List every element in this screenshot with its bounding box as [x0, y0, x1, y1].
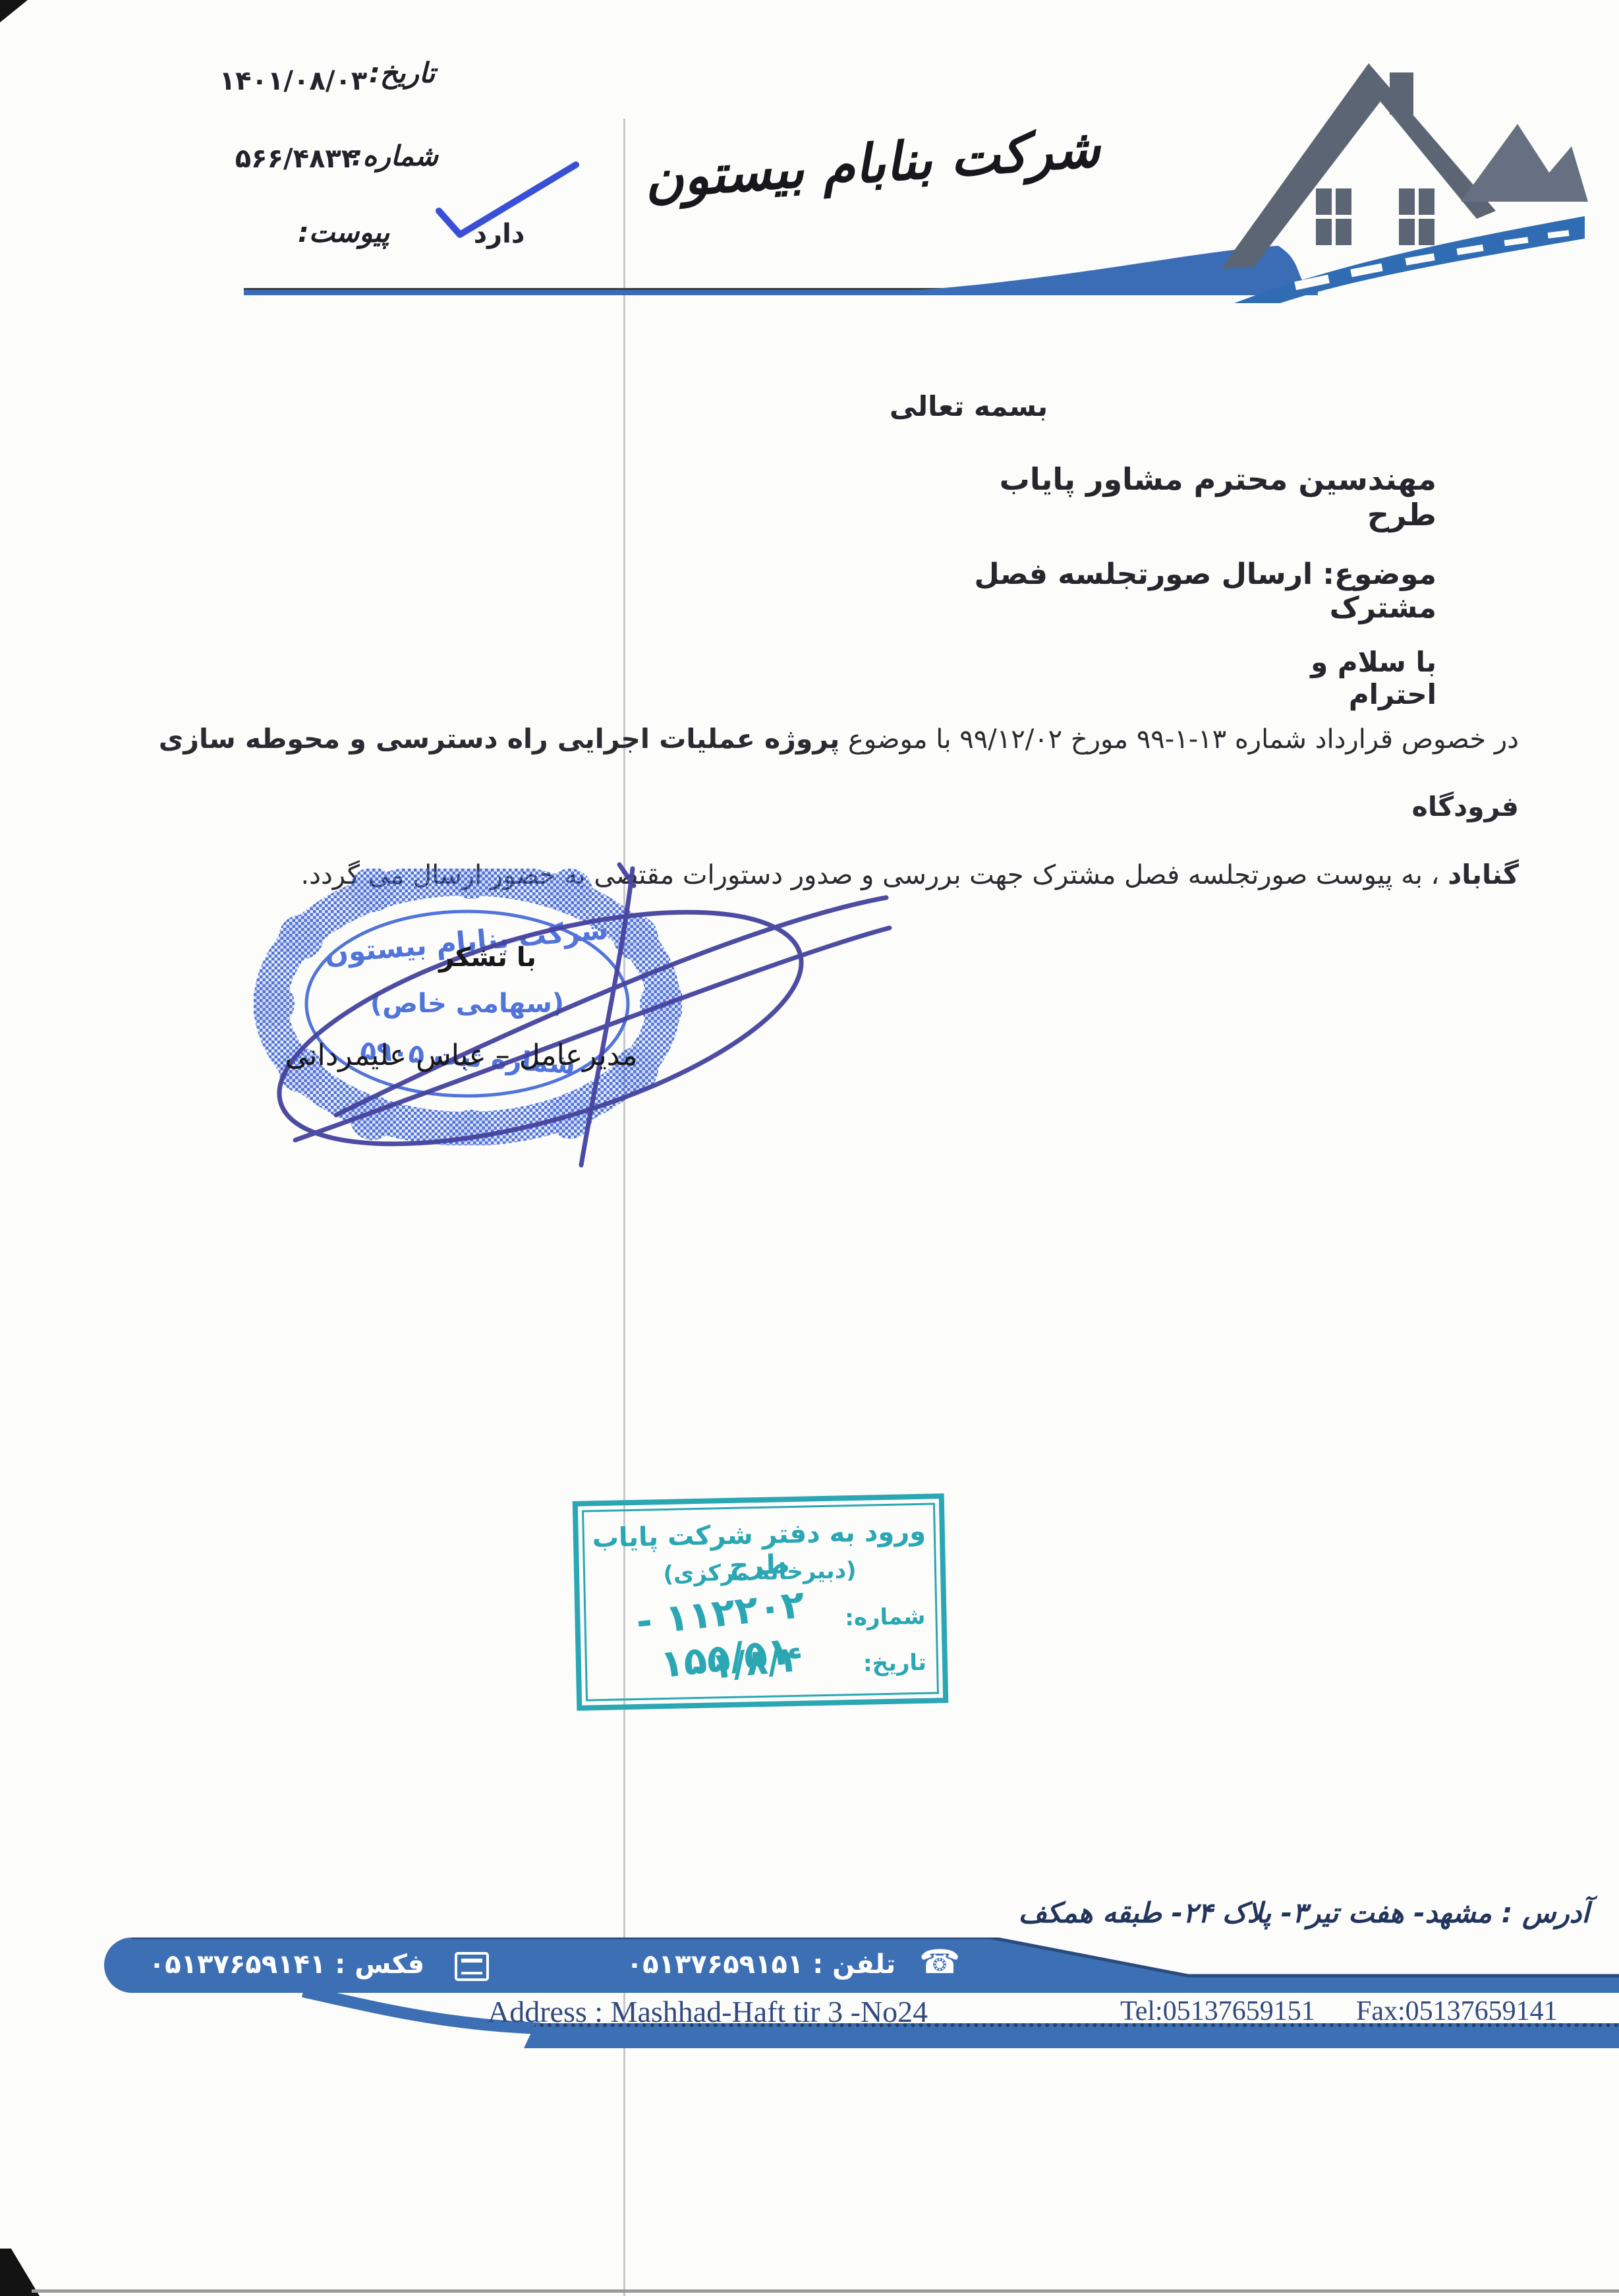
- managing-director-signature: [264, 857, 896, 1186]
- footer-phone-fa: تلفن : ۰۵۱۳۷۶۵۹۱۵۱: [616, 1949, 906, 1980]
- attachment-checkmark-icon: [430, 157, 584, 243]
- logo-window-icon: [1316, 188, 1434, 245]
- signer-line: مدیرعامل – عباس علیمردانی: [270, 1039, 652, 1072]
- thanks-line: با تشکر: [422, 942, 554, 973]
- footer-tel-en: Tel:05137659151: [1120, 1995, 1338, 2027]
- paragraph-part: در خصوص قرارداد شماره ۱۳-۱-۹۹ مورخ ۹۹/۱۲…: [839, 724, 1519, 755]
- salutation-line: با سلام و احترام: [1219, 646, 1436, 710]
- subject-line: موضوع: ارسال صورتجلسه فصل مشترک: [903, 558, 1436, 625]
- scan-bottom-edge-line: [32, 2289, 1619, 2293]
- fax-icon: [455, 1952, 489, 1981]
- header-divider-swoosh: [244, 241, 1324, 303]
- footer-address-en: Address : Mashhad-Haft tir 3 -No24: [488, 1994, 955, 2029]
- scan-corner-artifact-top-left: [0, 0, 28, 22]
- received-date-label: تاریخ:: [863, 1650, 927, 1677]
- footer-address-fa: آدرس : مشهد- هفت تیر۳- پلاک ۲۴- طبقه همک…: [1115, 1897, 1589, 1929]
- bismillah: بسمه تعالی: [883, 390, 1054, 422]
- recipient-line: مهندسین محترم مشاور پایاب طرح: [969, 461, 1436, 532]
- company-name: شرکت بنابام بیستون: [677, 117, 1102, 208]
- received-stamp: ورود به دفتر شرکت پایاب طرح (دبیرخانه مر…: [573, 1493, 949, 1711]
- scanned-letter-page: تاریخ: ۱۴۰۱/۰۸/۰۳ شماره: ۵۶۶/۴۸۳۴ پیوست:…: [0, 0, 1619, 2296]
- footer-fax-en: Fax:05137659141: [1356, 1995, 1593, 2027]
- footer-fax-fa: فکس : ۰۵۱۳۷۶۵۹۱۴۱: [132, 1949, 441, 1980]
- date-value: ۱۴۰۱/۰۸/۰۳: [217, 66, 369, 96]
- received-number-label: شماره:: [845, 1603, 926, 1632]
- date-label: تاریخ:: [369, 57, 438, 89]
- paragraph-part-bold: گناباد: [1448, 859, 1519, 890]
- company-logo: [1216, 46, 1588, 303]
- number-value: ۵۶۶/۴۸۳۴: [232, 144, 360, 174]
- number-label: شماره:: [366, 140, 438, 172]
- phone-icon: ☎: [919, 1945, 960, 1978]
